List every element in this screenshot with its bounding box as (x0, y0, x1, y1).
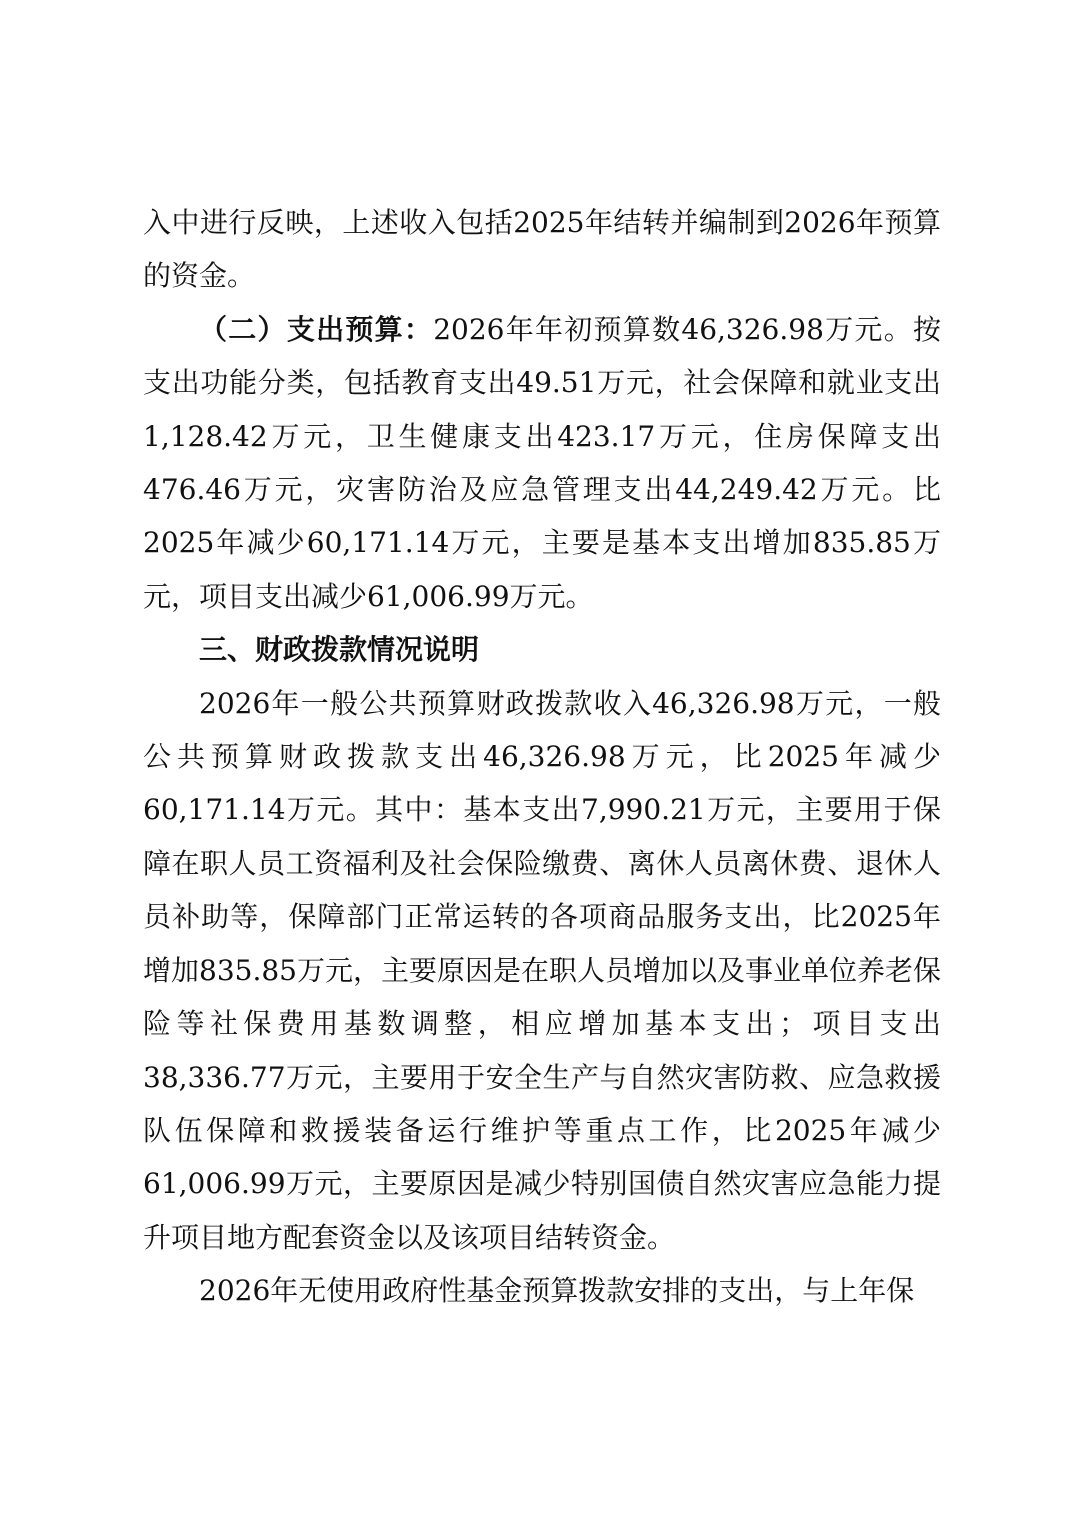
expenditure-budget-lead: （二）支出预算： (199, 313, 433, 346)
paragraph-continued-income: 入中进行反映，上述收入包括2025年结转并编制到2026年预算的资金。 (143, 196, 941, 303)
document-page: 入中进行反映，上述收入包括2025年结转并编制到2026年预算的资金。 （二）支… (143, 196, 941, 1318)
expenditure-budget-body: 2026年年初预算数46,326.98万元。按支出功能分类，包括教育支出49.5… (143, 313, 941, 613)
paragraph-expenditure-budget: （二）支出预算：2026年年初预算数46,326.98万元。按支出功能分类，包括… (143, 303, 941, 623)
paragraph-general-public-budget: 2026年一般公共预算财政拨款收入46,326.98万元，一般公共预算财政拨款支… (143, 677, 941, 1264)
section-heading-fiscal-appropriation: 三、财政拨款情况说明 (143, 623, 941, 676)
paragraph-government-fund-budget: 2026年无使用政府性基金预算拨款安排的支出，与上年保 (143, 1264, 941, 1317)
